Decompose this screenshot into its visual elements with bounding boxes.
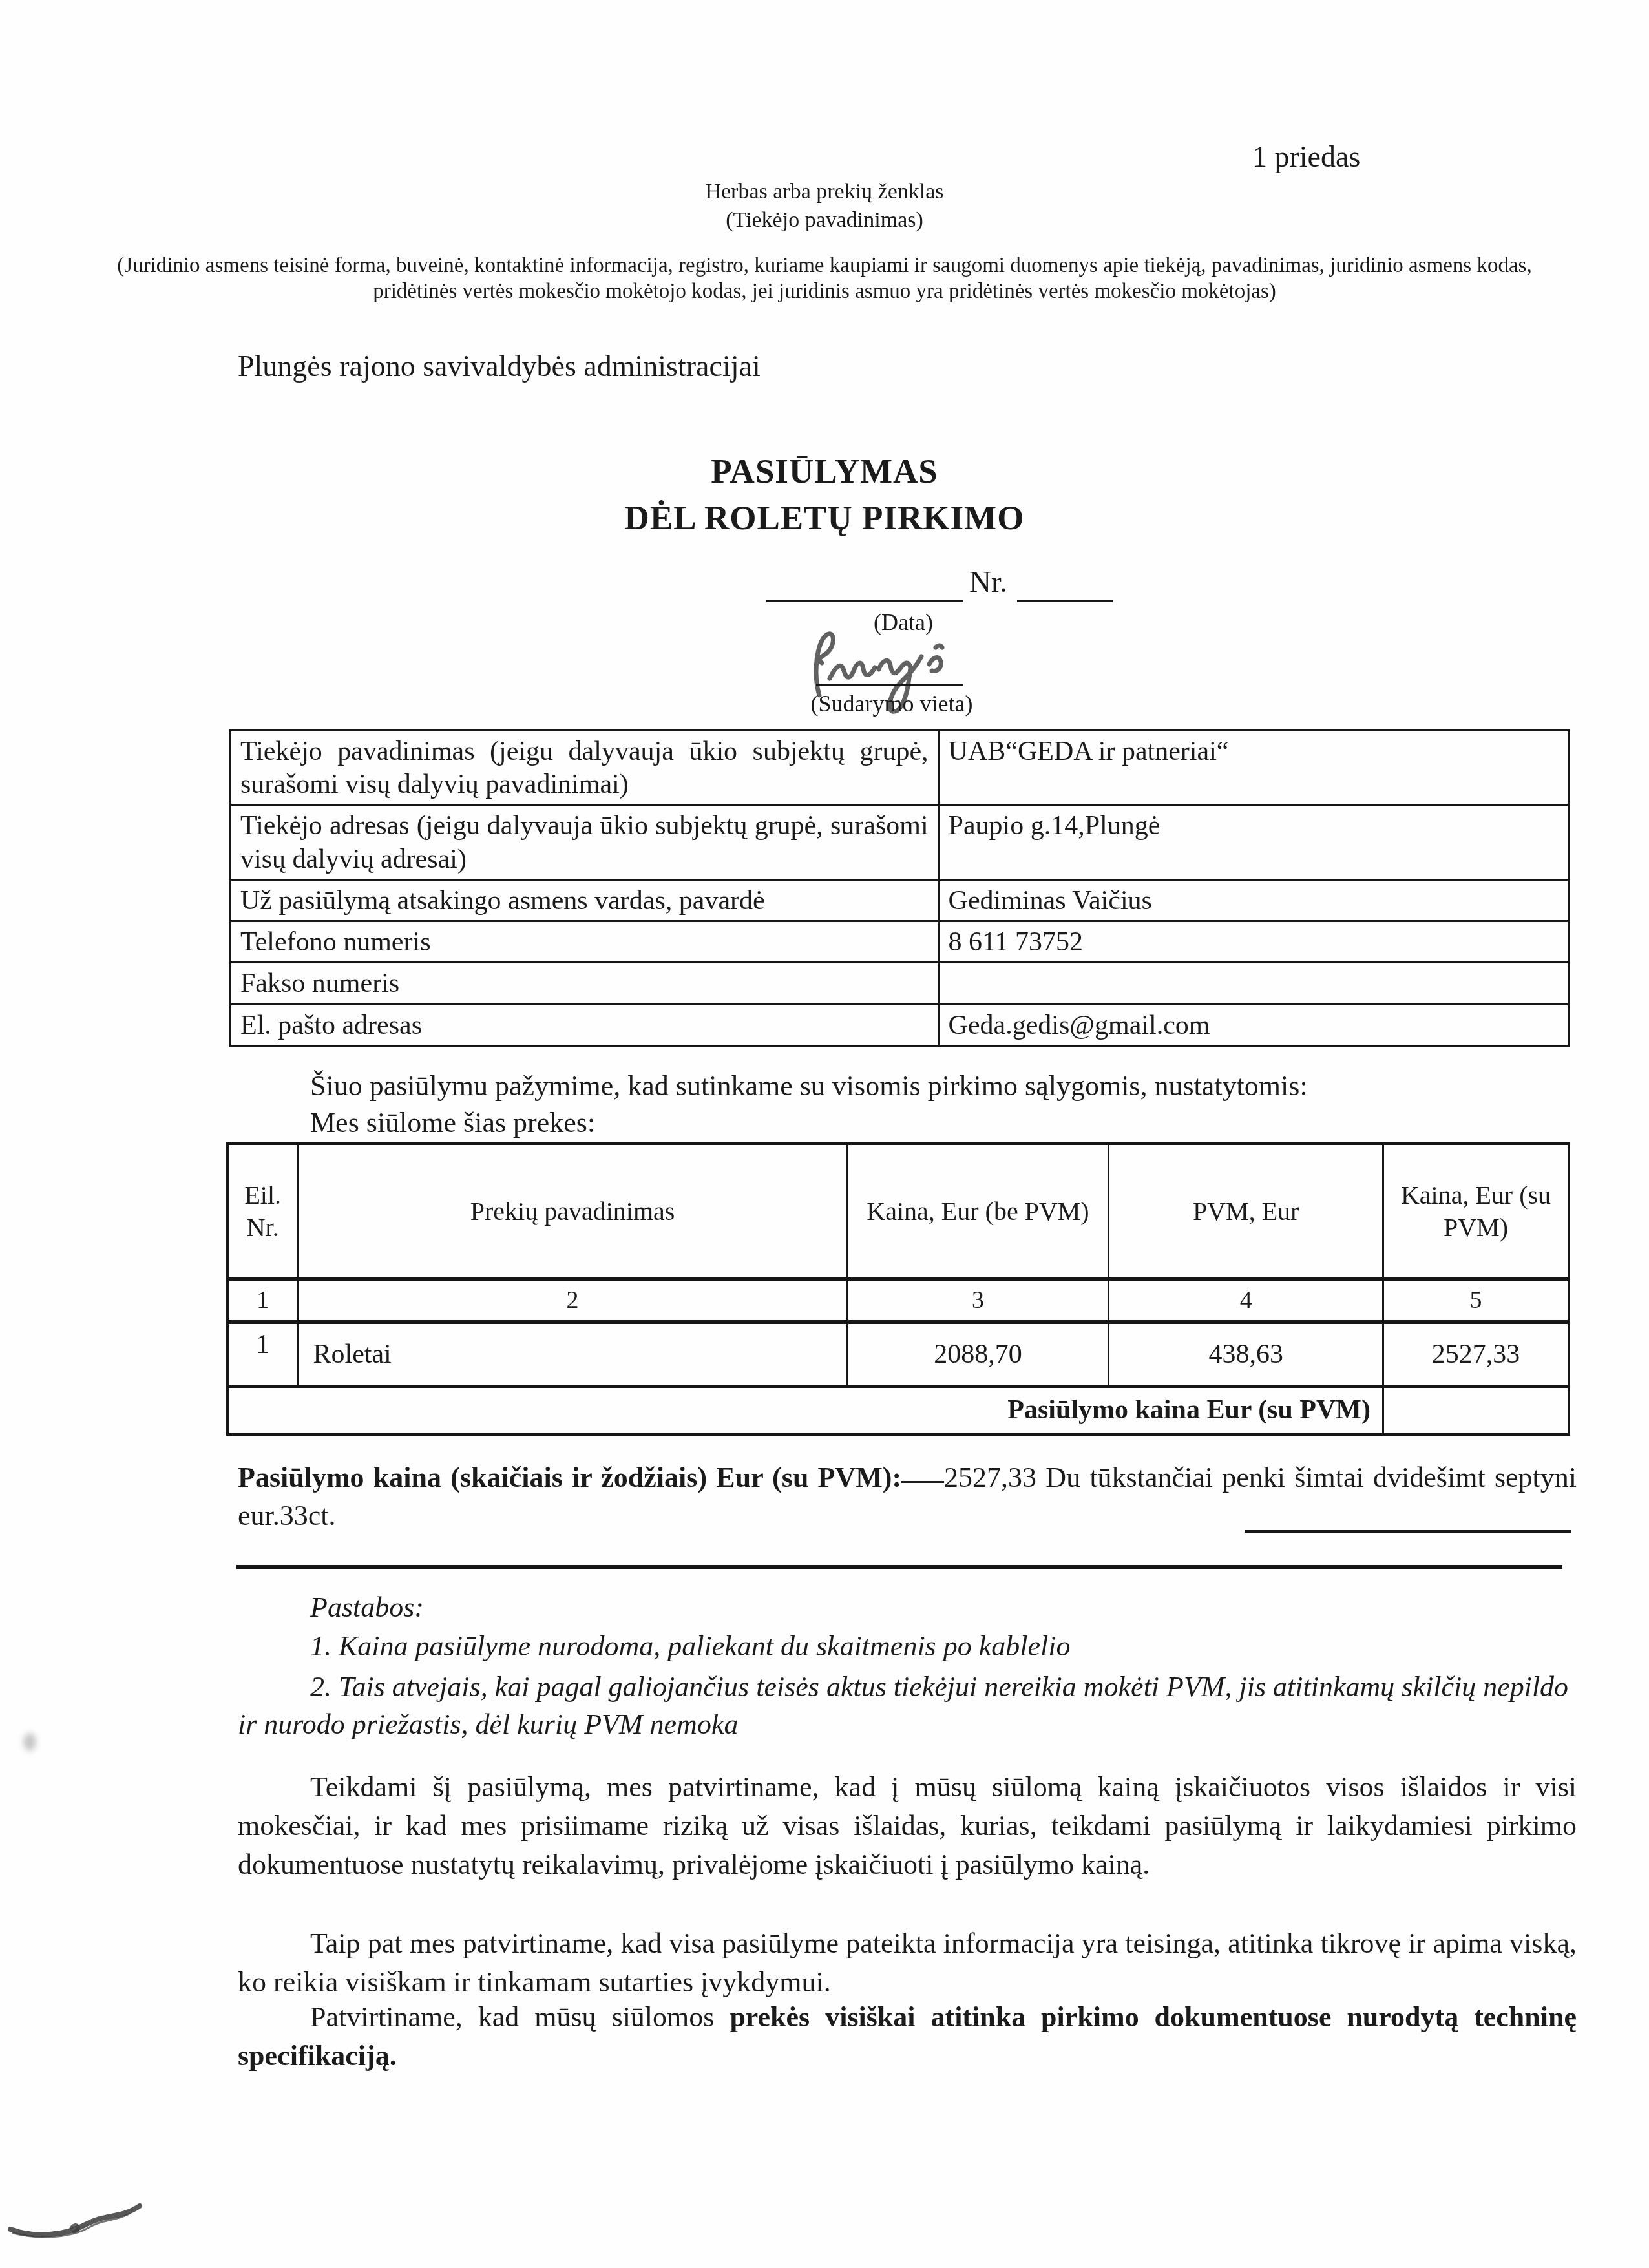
email-value: Geda.gedis@gmail.com: [938, 1004, 1569, 1046]
supplier-address-value: Paupio g.14,Plungė: [938, 805, 1569, 879]
annex-label: 1 priedas: [1252, 140, 1360, 174]
table-row: Fakso numeris: [230, 963, 1569, 1004]
place-caption: (Sudarymo vieta): [811, 690, 973, 717]
note-item-2: 2. Tais atvejais, kai pagal galiojančius…: [238, 1668, 1577, 1743]
col-header-vat: PVM, Eur: [1109, 1144, 1383, 1279]
note-item-1: 1. Kaina pasiūlyme nurodoma, paliekant d…: [310, 1630, 1070, 1663]
scanned-document-page: 1 priedas Herbas arba prekių ženklas (Ti…: [0, 0, 1649, 2268]
product-nr: 1: [227, 1322, 298, 1387]
col-header-price-ex-vat: Kaina, Eur (be PVM): [847, 1144, 1109, 1279]
product-price-ex-vat: 2088,70: [847, 1322, 1109, 1387]
letterhead-title: Herbas arba prekių ženklas: [705, 180, 943, 204]
place-blank-line: [816, 684, 963, 686]
supplier-name-label: Tiekėjo pavadinimas (jeigu dalyvauja ūki…: [230, 730, 938, 805]
letterhead-subtitle: (Tiekėjo pavadinimas): [726, 208, 923, 233]
table-row: Už pasiūlymą atsakingo asmens vardas, pa…: [230, 879, 1569, 921]
letterhead-legal-note: (Juridinio asmens teisinė forma, buveinė…: [104, 253, 1545, 304]
confirmation-paragraph-3: Patvirtiname, kad mūsų siūlomos prekės v…: [238, 1998, 1577, 2075]
table-row: Tiekėjo adresas (jeigu dalyvauja ūkio su…: [230, 805, 1569, 879]
col-number: 2: [298, 1279, 847, 1322]
offer-intro: Mes siūlome šias prekes:: [238, 1106, 1577, 1139]
nr-label: Nr.: [969, 565, 1007, 600]
product-row: 1 Roletai 2088,70 438,63 2527,33: [227, 1322, 1569, 1387]
product-vat: 438,63: [1109, 1322, 1383, 1387]
supplier-name-value: UAB“GEDA ir patneriai“: [938, 730, 1569, 805]
products-table: Eil. Nr. Prekių pavadinimas Kaina, Eur (…: [226, 1142, 1570, 1436]
column-number-row: 1 2 3 4 5: [227, 1279, 1569, 1322]
notes-heading: Pastabos:: [310, 1591, 424, 1624]
table-row: Telefono numeris 8 611 73752: [230, 921, 1569, 963]
col-number: 1: [227, 1279, 298, 1322]
phone-label: Telefono numeris: [230, 921, 938, 963]
table-row: El. pašto adresas Geda.gedis@gmail.com: [230, 1004, 1569, 1046]
supplier-info-table: Tiekėjo pavadinimas (jeigu dalyvauja ūki…: [229, 729, 1570, 1047]
col-number: 5: [1383, 1279, 1569, 1322]
confirmation-paragraph-3-regular: Patvirtiname, kad mūsų siūlomos: [310, 2001, 730, 2033]
total-value: [1383, 1387, 1569, 1434]
price-in-words: Pasiūlymo kaina (skaičiais ir žodžiais) …: [238, 1459, 1577, 1535]
product-price-inc-vat: 2527,33: [1383, 1322, 1569, 1387]
document-title-line1: PASIŪLYMAS: [711, 452, 938, 491]
signature-blank-line: [1245, 1530, 1571, 1533]
scan-smudge: [23, 1733, 36, 1751]
col-header-name: Prekių pavadinimas: [298, 1144, 847, 1279]
contact-person-label: Už pasiūlymą atsakingo asmens vardas, pa…: [230, 879, 938, 921]
nr-blank-line: [1017, 600, 1113, 602]
col-header-nr: Eil. Nr.: [227, 1144, 298, 1279]
confirmation-paragraph-2: Taip pat mes patvirtiname, kad visa pasi…: [238, 1924, 1577, 2002]
price-blank-line: [901, 1481, 944, 1483]
fax-value: [938, 963, 1569, 1004]
recipient-line: Plungės rajono savivaldybės administraci…: [238, 349, 761, 383]
date-blank-line: [766, 600, 963, 602]
agreement-note: Šiuo pasiūlymu pažymime, kad sutinkame s…: [238, 1067, 1577, 1104]
confirmation-paragraph-1: Teikdami šį pasiūlymą, mes patvirtiname,…: [238, 1768, 1577, 1884]
table-row: Tiekėjo pavadinimas (jeigu dalyvauja ūki…: [230, 730, 1569, 805]
price-in-words-label: Pasiūlymo kaina (skaičiais ir žodžiais) …: [238, 1462, 901, 1493]
section-divider-line: [236, 1565, 1562, 1569]
col-number: 4: [1109, 1279, 1383, 1322]
phone-value: 8 611 73752: [938, 921, 1569, 963]
email-label: El. pašto adresas: [230, 1004, 938, 1046]
pen-stroke-mark: [6, 2192, 162, 2246]
product-name: Roletai: [298, 1322, 847, 1387]
total-label: Pasiūlymo kaina Eur (su PVM): [227, 1387, 1383, 1434]
total-row: Pasiūlymo kaina Eur (su PVM): [227, 1387, 1569, 1434]
supplier-address-label: Tiekėjo adresas (jeigu dalyvauja ūkio su…: [230, 805, 938, 879]
fax-label: Fakso numeris: [230, 963, 938, 1004]
col-number: 3: [847, 1279, 1109, 1322]
table-header-row: Eil. Nr. Prekių pavadinimas Kaina, Eur (…: [227, 1144, 1569, 1279]
col-header-price-inc-vat: Kaina, Eur (su PVM): [1383, 1144, 1569, 1279]
contact-person-value: Gediminas Vaičius: [938, 879, 1569, 921]
document-title-line2: DĖL ROLETŲ PIRKIMO: [625, 499, 1025, 538]
